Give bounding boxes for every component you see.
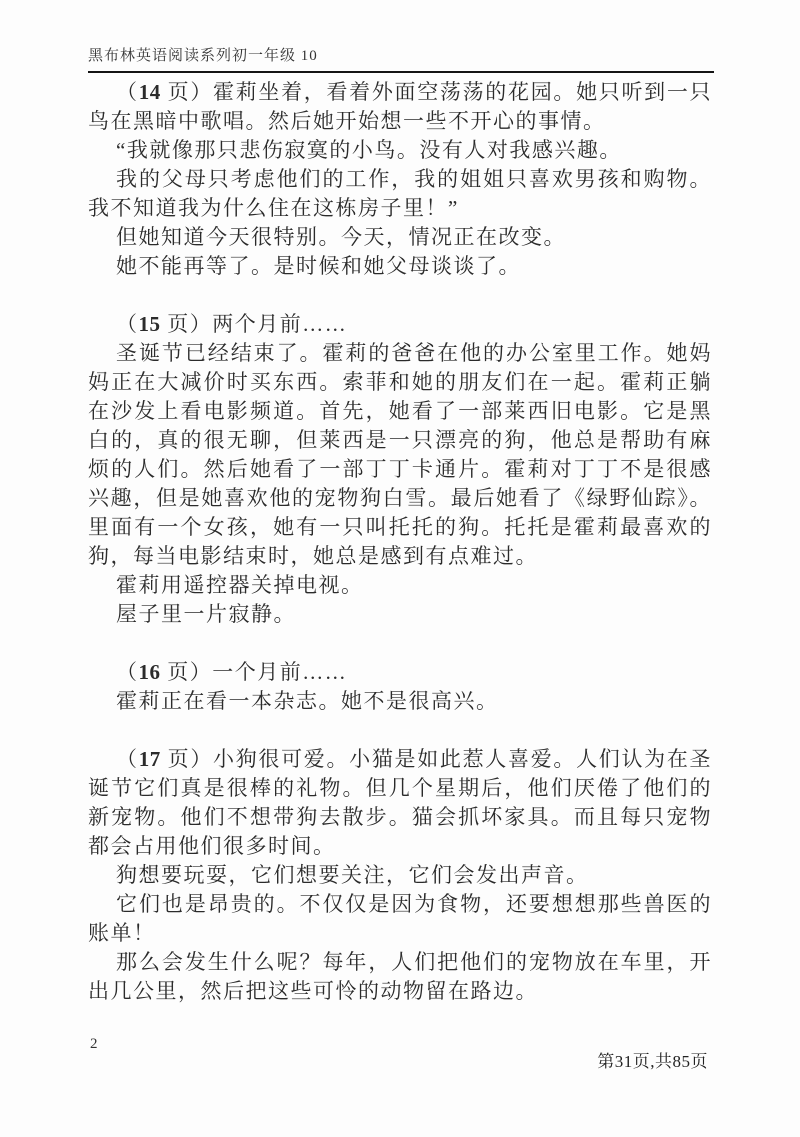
para-dogs-play: 狗想要玩耍，它们想要关注，它们会发出声音。: [88, 861, 712, 890]
para-page17-pets: （17 页）小狗很可爱。小猫是如此惹人喜爱。人们认为在圣诞节它们真是很棒的礼物。…: [88, 745, 712, 861]
footer-left-page-number: 2: [90, 1036, 98, 1053]
para-house-silent: 屋子里一片寂静。: [88, 600, 712, 629]
para-expensive: 它们也是昂贵的。不仅仅是因为食物，还要想想那些兽医的账单！: [88, 890, 712, 948]
page-number-bold: 14: [139, 80, 161, 104]
para-page14-intro: （14 页）霍莉坐着，看着外面空荡荡的花园。她只听到一只鸟在黑暗中歌唱。然后她开…: [88, 78, 712, 136]
para-cannot-wait: 她不能再等了。是时候和她父母谈谈了。: [88, 252, 712, 281]
para-page16-heading: （16 页）一个月前……: [88, 658, 712, 687]
para-abandoned: 那么会发生什么呢？每年，人们把他们的宠物放在车里，开出几公里，然后把这些可怜的动…: [88, 948, 712, 1006]
para-page15-heading: （15 页）两个月前……: [88, 310, 712, 339]
para-tv-off: 霍莉用遥控器关掉电视。: [88, 571, 712, 600]
para-magazine: 霍莉正在看一本杂志。她不是很高兴。: [88, 687, 712, 716]
para-quote-line1: “我就像那只悲伤寂寞的小鸟。没有人对我感兴趣。: [88, 136, 712, 165]
page-number-bold: 17: [139, 747, 161, 771]
footer-page-indicator: 第31页,共85页: [597, 1047, 708, 1072]
running-header-title: 黑布林英语阅读系列初一年级 10: [88, 48, 318, 64]
document-body: （14 页）霍莉坐着，看着外面空荡荡的花园。她只听到一只鸟在黑暗中歌唱。然后她开…: [88, 78, 712, 1006]
page-number-bold: 15: [139, 312, 161, 336]
running-header: 黑布林英语阅读系列初一年级 10: [88, 44, 714, 73]
para-today-special: 但她知道今天很特别。今天，情况正在改变。: [88, 223, 712, 252]
para-quote-line2: 我的父母只考虑他们的工作，我的姐姐只喜欢男孩和购物。我不知道我为什么住在这栋房子…: [88, 165, 712, 223]
page-number-bold: 16: [139, 660, 161, 684]
document-page: 黑布林英语阅读系列初一年级 10 （14 页）霍莉坐着，看着外面空荡荡的花园。她…: [0, 0, 800, 1137]
para-christmas-over: 圣诞节已经结束了。霍莉的爸爸在他的办公室里工作。她妈妈正在大减价时买东西。索菲和…: [88, 339, 712, 571]
